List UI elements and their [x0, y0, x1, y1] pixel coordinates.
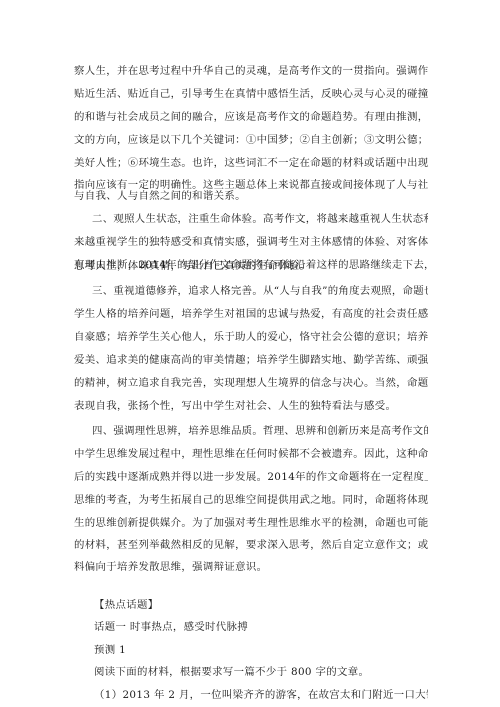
paragraph-4-line-3: 后的实践中逐渐成熟并得以进一步发展。2014年的作文命题将在一定程度上重视对创造… — [74, 470, 428, 484]
paragraph-1-line-3: 的和谐与社会成员之间的融合，应该是高考作文的命题趋势。有理由推测，2014年高考… — [74, 110, 428, 124]
paragraph-1-line-4: 文的方向，应该是以下几个关键词：①中国梦；②自主创新；③文明公德；④和谐社会；⑤ — [74, 133, 428, 147]
paragraph-2-line-2: 来越重视学生的独特感受和真情实感，强调考生对主体感情的体验、对客体的感知判断能力… — [74, 235, 428, 249]
paragraph-4-line-7: 料偏向于培养发散思维，强调辩证意识。 — [74, 560, 428, 574]
paragraph-3-line-2: 学生人格的培养问题，培养学生对祖国的忠诚与热爱，有高度的社会责任感，有强烈的民族 — [74, 307, 428, 321]
paragraph-4-line-6: 的材料，甚至列举截然相反的见解，要求深入思考，然后自定立意作文；或所提供的话题材 — [74, 538, 428, 552]
paragraph-1-line-2: 贴近生活、贴近自己，引导考生在真情中感悟生活，反映心灵与心灵的碰撞，提倡人际关系 — [74, 87, 428, 101]
paragraph-2-line-1: 二、观照人生状态，注重生命体验。高考作文，将越来越重视人生状态和生命体验，越 — [92, 212, 428, 226]
paragraph-3-line-3: 自豪感；培养学生关心他人，乐于助人的爱心，恪守社会公德的意识；培养学生崇尚美、热 — [74, 330, 428, 344]
prediction-label: 预测 1 — [94, 643, 448, 657]
paragraph-3-line-6: 表现自我，张扬个性，写出中学生对社会、人生的独特看法与感受。 — [74, 399, 428, 413]
paragraph-3-line-5: 的精神，树立追求自我完善，实现理想人生境界的信念与决心。当然，命题将会有利于考生 — [74, 376, 428, 390]
material-1-text: （1）2013 年 2 月，一位叫梁齐齐的游客，在故宫太和门附近一口大铜缸上刻下… — [94, 688, 428, 702]
paragraph-4-line-5: 生的思维创新提供媒介。为了加强对考生理性思维水平的检测，命题也可能提供一段有争议 — [74, 516, 428, 530]
instruction-text: 阅读下面的材料，根据要求写一篇不少于 800 字的文章。 — [94, 665, 448, 679]
paragraph-1-line-5: 美好人性；⑥环境生态。也许，这些词汇不一定在命题的材料或话题中出现，但写作主题的 — [74, 156, 428, 170]
paragraph-4-line-4: 思维的考查，为考生拓展自己的思维空间提供用武之地。同时，命题将体现创新精神，为学 — [74, 493, 428, 507]
topic-1-title: 话题一 时事热点，感受时代脉搏 — [94, 620, 448, 634]
paragraph-2-line-4-visible: 思考人生，体味真情，写出自己真实的生命体验。 — [74, 259, 428, 273]
paragraph-4-line-1: 四、强调理性思辨，培养思维品质。哲理、思辨和创新历来是高考作文的重中之重，在 — [92, 424, 428, 438]
document-page: 察人生，并在思考过程中升华自己的灵魂，是高考作文的一贯指向。强调作文贴近社会时代… — [0, 0, 500, 707]
paragraph-4-line-2: 中学生思维发展过程中，理性思维在任何时候都不会被遗弃。因此，这种命题模式将会在今 — [74, 447, 428, 461]
paragraph-1-line-7: 与自我、人与自然之间的和谐关系。 — [74, 189, 428, 203]
paragraph-1-line-1: 察人生，并在思考过程中升华自己的灵魂，是高考作文的一贯指向。强调作文贴近社会时代… — [74, 64, 428, 78]
paragraph-3-line-1: 三、重视道德修养，追求人格完善。从“人与自我”的角度去观照，命题也有可能关注 — [92, 284, 428, 298]
hot-topics-heading: 【热点话题】 — [94, 598, 448, 612]
paragraph-3-line-4: 爱美、追求美的健康高尚的审美情趣；培养学生脚踏实地、勤学苦练、顽强坚毅、不倦探索 — [74, 353, 428, 367]
